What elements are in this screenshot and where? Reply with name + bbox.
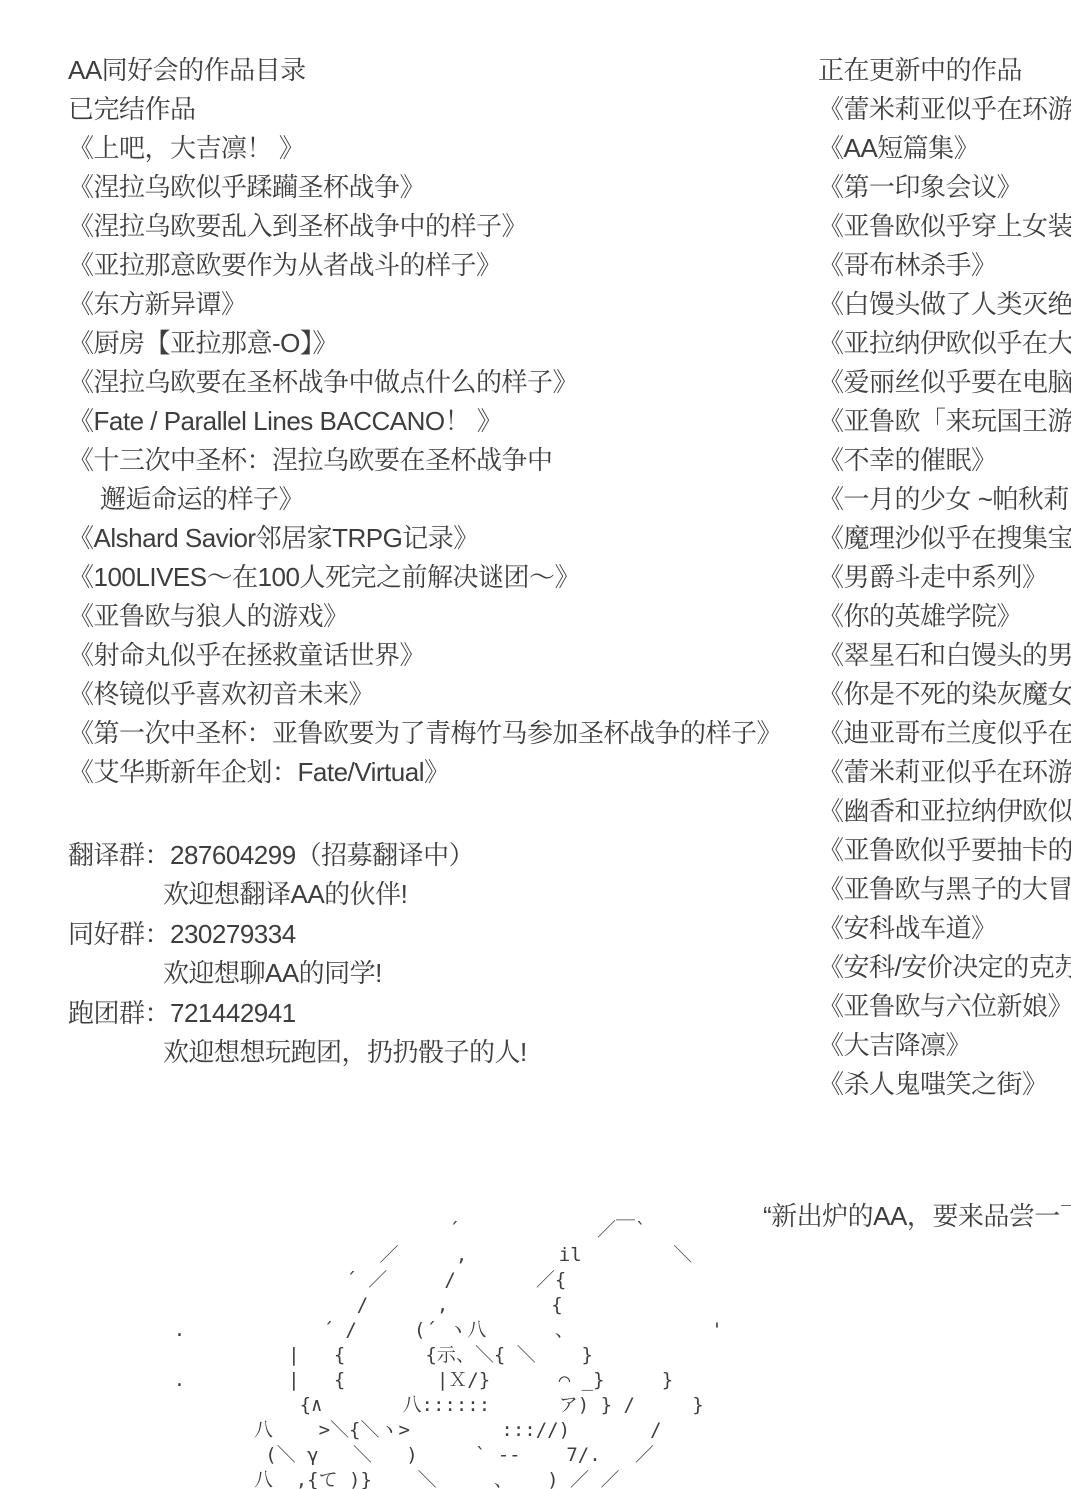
work-title: 《爱丽丝似乎要在电脑情: [818, 363, 1071, 402]
translation-group-line: 翻译群：287604299（招募翻译中）: [68, 836, 768, 875]
work-title: 《翠星石和白馒头的男朋: [818, 636, 1071, 675]
work-title: 《安科/安价决定的克苏鲁: [818, 948, 1071, 987]
left-column: AA同好会的作品目录 已完结作品 《上吧，大吉凛！ 》 《涅拉乌欧似乎蹂躏圣杯战…: [68, 51, 788, 792]
fan-group-label: 同好群：: [68, 919, 170, 949]
trpg-group-line: 跑团群：721442941: [68, 994, 768, 1033]
work-title: 《迪亚哥布兰度似乎在打: [818, 714, 1071, 753]
work-title: 《AA短篇集》: [818, 129, 1071, 168]
work-title: 《100LIVES～在100人死完之前解决谜团～》: [68, 558, 788, 597]
right-column: 正在更新中的作品 《蕾米莉亚似乎在环游世 《AA短篇集》 《第一印象会议》 《亚…: [818, 51, 1071, 1104]
trpg-group-number: 721442941: [170, 998, 296, 1028]
work-title: 《魔理沙似乎在搜集宝贝: [818, 519, 1071, 558]
work-title: 《蕾米莉亚似乎在环游新: [818, 753, 1071, 792]
translation-group-number: 287604299（招募翻译中）: [170, 840, 474, 870]
work-title: 《杀人鬼嗤笑之街》: [818, 1065, 1071, 1104]
work-title: 《Alshard Savior邻居家TRPG记录》: [68, 519, 788, 558]
translation-group-note: 欢迎想翻译AA的伙伴!: [68, 875, 768, 914]
translation-group-label: 翻译群：: [68, 840, 170, 870]
work-title: 《你的英雄学院》: [818, 597, 1071, 636]
work-title: 《安科战车道》: [818, 909, 1071, 948]
work-title: 《亚鲁欧与黑子的大冒险: [818, 870, 1071, 909]
work-title: 《第一印象会议》: [818, 168, 1071, 207]
work-title: 《男爵斗走中系列》: [818, 558, 1071, 597]
bottom-quote: “新出炉的AA，要来品尝一下: [763, 1196, 1071, 1236]
work-title: 《Fate / Parallel Lines BACCANO！ 》: [68, 402, 788, 441]
work-title: 《幽香和亚拉纳伊欧似乎: [818, 792, 1071, 831]
work-title: 《大吉降凛》: [818, 1026, 1071, 1065]
work-title: 《第一次中圣杯：亚鲁欧要为了青梅竹马参加圣杯战争的样子》: [68, 714, 788, 753]
work-title: 《亚鲁欧似乎穿上女装后: [818, 207, 1071, 246]
work-title: 《亚拉纳伊欧似乎在大阪: [818, 324, 1071, 363]
work-title: 《白馒头做了人类灭绝的: [818, 285, 1071, 324]
work-title: 《亚拉那意欧要作为从者战斗的样子》: [68, 246, 788, 285]
fan-group-number: 230279334: [170, 919, 296, 949]
work-title: 《艾华斯新年企划：Fate/Virtual》: [68, 753, 788, 792]
work-title: 《厨房【亚拉那意-O】》: [68, 324, 788, 363]
work-title: 《哥布林杀手》: [818, 246, 1071, 285]
work-title: 《亚鲁欧「来玩国王游戏: [818, 402, 1071, 441]
work-title: 《涅拉乌欧要乱入到圣杯战争中的样子》: [68, 207, 788, 246]
trpg-group-label: 跑团群：: [68, 998, 170, 1028]
work-title: 《蕾米莉亚似乎在环游世: [818, 90, 1071, 129]
work-title: 《亚鲁欧似乎要抽卡的样: [818, 831, 1071, 870]
fan-group-line: 同好群：230279334: [68, 915, 768, 954]
work-title: 《亚鲁欧与六位新娘》: [818, 987, 1071, 1026]
work-title: 《上吧，大吉凛！ 》: [68, 129, 788, 168]
work-title: 《亚鲁欧与狼人的游戏》: [68, 597, 788, 636]
trpg-group-note: 欢迎想想玩跑团，扔扔骰子的人!: [68, 1033, 768, 1072]
work-title: 《涅拉乌欧要在圣杯战争中做点什么的样子》: [68, 363, 788, 402]
fan-group-note: 欢迎想聊AA的同学!: [68, 954, 768, 993]
work-title: 《涅拉乌欧似乎蹂躏圣杯战争》: [68, 168, 788, 207]
work-title: 《射命丸似乎在拯救童话世界》: [68, 636, 788, 675]
right-column-title: 正在更新中的作品: [818, 51, 1071, 90]
work-title-continuation: 邂逅命运的样子》: [68, 480, 788, 519]
completed-works-label: 已完结作品: [68, 90, 788, 129]
work-title: 《不幸的催眠》: [818, 441, 1071, 480]
work-title: 《柊镜似乎喜欢初音未来》: [68, 675, 788, 714]
work-title: 《一月的少女 ~帕秋莉的: [818, 480, 1071, 519]
ascii-art-character: ´ ／￣` ／ , il ＼ ´ ／ / ／{ / , { . ´ / (´ ヽ…: [128, 1218, 723, 1489]
qq-groups: 翻译群：287604299（招募翻译中） 欢迎想翻译AA的伙伴! 同好群：230…: [68, 836, 768, 1072]
work-title: 《东方新异谭》: [68, 285, 788, 324]
left-column-title: AA同好会的作品目录: [68, 51, 788, 90]
work-title: 《十三次中圣杯：涅拉乌欧要在圣杯战争中: [68, 441, 788, 480]
work-title: 《你是不死的染灰魔女》: [818, 675, 1071, 714]
